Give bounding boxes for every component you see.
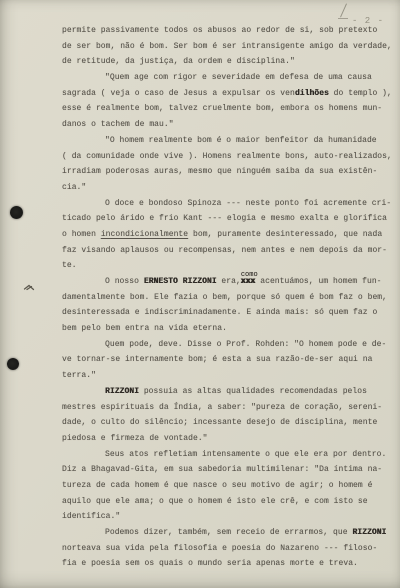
punch-hole-bottom	[7, 358, 19, 370]
text-line: "O homem realmente bom é o maior benfeit…	[62, 133, 398, 149]
text-line: Diz a Bhagavad-Gita, em sua sabedoria mu…	[62, 462, 398, 478]
text-segment: te.	[62, 261, 77, 270]
paragraph: permite passivamente todos os abusos ao …	[62, 23, 398, 70]
text-segment: terra."	[62, 371, 96, 380]
text-segment: fia e poesia sem os quais o mundo seria …	[62, 559, 358, 568]
text-line: terra."	[62, 368, 398, 384]
text-line: faz visando aplausos ou recompensas, nem…	[62, 243, 398, 259]
text-line: piedosa e firmeza de vontade."	[62, 431, 398, 447]
scanned-typewritten-page: - 2 - permite passivamente todos os abus…	[0, 0, 400, 588]
text-segment: mestres espirituais da Índia, a saber: "…	[62, 403, 382, 412]
emphasized-text: RIZZONI	[105, 387, 139, 396]
text-line: Quem pode, deve. Disse o Prof. Rohden: "…	[62, 337, 398, 353]
text-line: danos o tachem de mau."	[62, 117, 398, 133]
text-line: fia e poesia sem os quais o mundo seria …	[62, 556, 398, 572]
text-line: RIZZONI possuia as altas qualidades reco…	[62, 384, 398, 400]
text-line: permite passivamente todos os abusos ao …	[62, 23, 398, 39]
text-segment: O doce e bondoso Spinoza --- neste ponto…	[105, 199, 391, 208]
text-segment: faz visando aplausos ou recompensas, nem…	[62, 246, 387, 255]
typed-correction: comoxxx	[241, 274, 256, 290]
text-line: ticado pelo árido e frio Kant --- elogia…	[62, 211, 398, 227]
text-line: dade, o culto do silêncio; incessante de…	[62, 415, 398, 431]
text-segment: piedosa e firmeza de vontade."	[62, 434, 208, 443]
text-segment: dade, o culto do silêncio; incessante de…	[62, 418, 377, 427]
text-line: mestres espirituais da Índia, a saber: "…	[62, 400, 398, 416]
text-line: desinteressada e indiscriminadamente. E …	[62, 305, 398, 321]
text-segment: era,	[217, 277, 241, 286]
text-line: identifica."	[62, 509, 398, 525]
emphasized-text: ERNESTO RIZZONI	[144, 277, 217, 286]
paragraph: Quem pode, deve. Disse o Prof. Rohden: "…	[62, 337, 398, 384]
text-segment: acentuámos, um homem fun-	[255, 277, 381, 286]
text-line: te.	[62, 258, 398, 274]
paragraph: Podemos dizer, também, sem receio de err…	[62, 525, 398, 572]
text-line: ( da comunidade onde vive ). Homens real…	[62, 149, 398, 165]
text-segment: do templo ),	[329, 89, 392, 98]
text-segment: aquilo que ele ama; o que o homem é isto…	[62, 497, 368, 506]
paragraph: "Quem age com rigor e severidade em defe…	[62, 70, 398, 133]
text-segment: permite passivamente todos os abusos ao …	[62, 26, 377, 35]
paragraph: O doce e bondoso Spinoza --- neste ponto…	[62, 196, 398, 274]
text-line: O doce e bondoso Spinoza --- neste ponto…	[62, 196, 398, 212]
text-line: "Quem age com rigor e severidade em defe…	[62, 70, 398, 86]
text-segment: Seus atos refletiam intensamente o que e…	[105, 450, 386, 459]
underlined-text: incondicionalmente	[101, 230, 188, 239]
text-line: O nosso ERNESTO RIZZONI era,comoxxx acen…	[62, 274, 398, 290]
text-segment: sagrada ( veja o caso de Jesus a expulsa…	[62, 89, 295, 98]
text-segment: tureza de cada homem é que nasce o seu m…	[62, 481, 372, 490]
text-segment: norteava sua vida pela filosofia e poesi…	[62, 544, 377, 553]
text-segment: o homen	[62, 230, 101, 239]
text-segment: identifica."	[62, 512, 120, 521]
text-segment: de ser bom, não é bom. Ser bom é ser int…	[62, 42, 392, 51]
text-segment: esse é realmente bom, talvez cruelmente …	[62, 104, 382, 113]
text-segment: Diz a Bhagavad-Gita, em sua sabedoria mu…	[62, 465, 382, 474]
text-segment: desinteressada e indiscriminadamente. E …	[62, 308, 377, 317]
text-segment: cia."	[62, 183, 86, 192]
text-line: bem pelo bem entra na vida eterna.	[62, 321, 398, 337]
pencil-underline-mark	[338, 18, 348, 19]
text-line: de retitude, da justiça, da ordem e disc…	[62, 54, 398, 70]
typewritten-text-block: permite passivamente todos os abusos ao …	[62, 23, 398, 572]
emphasized-text: RIZZONI	[352, 528, 386, 537]
ink-smudge-mark	[23, 282, 36, 293]
text-line: Seus atos refletiam intensamente o que e…	[62, 447, 398, 463]
text-segment: de retitude, da justiça, da ordem e disc…	[62, 57, 295, 66]
text-line: ve tornar-se internamente bom; é esta a …	[62, 352, 398, 368]
text-line: cia."	[62, 180, 398, 196]
text-line: tureza de cada homem é que nasce o seu m…	[62, 478, 398, 494]
text-line: damentalmente bom. Ele fazia o bem, porq…	[62, 290, 398, 306]
paragraph: Seus atos refletiam intensamente o que e…	[62, 447, 398, 525]
text-line: aquilo que ele ama; o que o homem é isto…	[62, 494, 398, 510]
correction-word-above: como	[241, 268, 258, 284]
paragraph: "O homem realmente bom é o maior benfeit…	[62, 133, 398, 196]
paragraph: RIZZONI possuia as altas qualidades reco…	[62, 384, 398, 447]
text-segment: ticado pelo árido e frio Kant --- elogia…	[62, 214, 387, 223]
text-segment: O nosso	[105, 277, 144, 286]
text-line: sagrada ( veja o caso de Jesus a expulsa…	[62, 86, 398, 102]
text-segment: bem pelo bem entra na vida eterna.	[62, 324, 227, 333]
text-segment: damentalmente bom. Ele fazia o bem, porq…	[62, 293, 387, 302]
text-line: de ser bom, não é bom. Ser bom é ser int…	[62, 39, 398, 55]
text-segment: Quem pode, deve. Disse o Prof. Rohden: "…	[105, 340, 386, 349]
text-segment: "Quem age com rigor e severidade em defe…	[105, 73, 372, 82]
pencil-slash-mark	[340, 3, 347, 17]
punch-hole-top	[10, 206, 23, 219]
text-line: irradiam poderosas auras, mesmo que ning…	[62, 164, 398, 180]
text-segment: bom, puramente desinteressado, que nada	[188, 230, 382, 239]
text-segment: danos o tachem de mau."	[62, 120, 174, 129]
text-segment: ( da comunidade onde vive ). Homens real…	[62, 152, 392, 161]
text-line: esse é realmente bom, talvez cruelmente …	[62, 101, 398, 117]
text-segment: ve tornar-se internamente bom; é esta a …	[62, 355, 372, 364]
text-segment: possuia as altas qualidades recomendadas…	[139, 387, 367, 396]
text-segment: irradiam poderosas auras, mesmo que ning…	[62, 167, 377, 176]
text-segment: "O homem realmente bom é o maior benfeit…	[105, 136, 377, 145]
paragraph: O nosso ERNESTO RIZZONI era,comoxxx acen…	[62, 274, 398, 337]
text-segment: Podemos dizer, também, sem receio de err…	[105, 528, 352, 537]
text-line: norteava sua vida pela filosofia e poesi…	[62, 541, 398, 557]
emphasized-text: dilhões	[295, 89, 329, 98]
text-line: Podemos dizer, também, sem receio de err…	[62, 525, 398, 541]
text-line: o homen incondicionalmente bom, purament…	[62, 227, 398, 243]
